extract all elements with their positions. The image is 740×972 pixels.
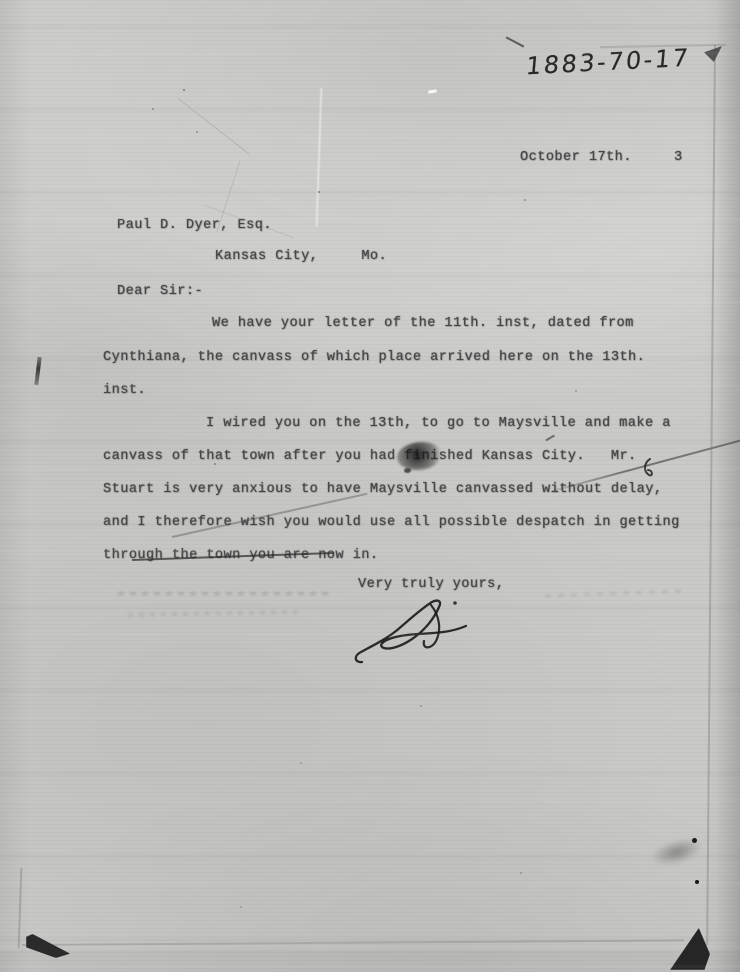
scratch-hook-mark [640,458,656,480]
signature [352,593,478,665]
paper-edge-right [706,45,715,945]
backing-shade-right [716,0,740,972]
backing-shade-bottom [0,950,740,972]
letter-line: We have your letter of the 11th. inst, d… [212,316,634,331]
ink-blot-satellite [404,468,411,473]
page-number: 3 [674,150,683,165]
corner-fold-bottom-right [670,928,710,970]
scanned-letter-photo: 1883-70-17 October 17th. 3 Paul D. Dyer,… [0,0,740,972]
ink-blot [397,442,441,470]
catalog-number-handwritten: 1883-70-17 [525,44,692,81]
closing-line: Very truly yours, [358,577,504,592]
dust-specks [0,0,2,2]
smudge-mark [648,833,707,871]
crease-line [316,88,322,226]
white-speck [428,89,437,94]
signature-flourish-icon [352,593,478,665]
ink-dot [695,880,699,884]
letter-line: and I therefore wish you would use all p… [103,515,680,530]
ink-dot [692,838,697,843]
letter-line: Cynthiana, the canvass of which place ar… [103,350,645,365]
pencil-dash-mark [506,36,525,47]
date-line: October 17th. [520,150,632,165]
ghost-scribble [128,611,298,616]
recipient-address: Kansas City, Mo. [215,249,387,264]
crease-line [178,98,250,154]
emulsion-mark [34,357,41,385]
pencil-tick [545,435,554,441]
letter-line: inst. [103,383,146,398]
salutation: Dear Sir:- [117,284,203,299]
paper-edge-bottom [22,939,684,945]
letter-line: I wired you on the 13th, to go to Maysvi… [206,416,671,431]
ghost-scribble [118,592,333,595]
ghost-scribble [545,590,685,597]
letter-line: canvass of that town after you had finis… [103,449,637,464]
paper-edge-bottom-left [18,868,22,948]
scratch-hook-icon [640,458,656,480]
